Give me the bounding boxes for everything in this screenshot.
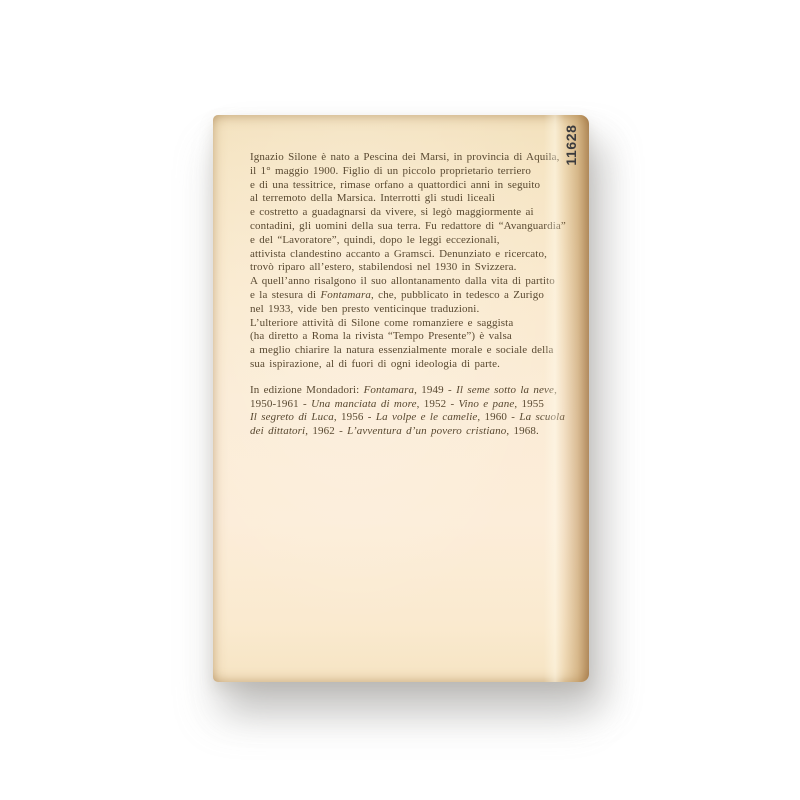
text-segment: L’ulteriore attività di Silone come roma… (250, 317, 513, 329)
text-line: Ignazio Silone è nato a Pescina dei Mars… (250, 151, 583, 165)
text-line: e del “Lavoratore”, quindi, dopo le legg… (250, 234, 583, 248)
text-segment: a meglio chiarire la natura essenzialmen… (250, 344, 554, 356)
text-segment: , 1962 - (305, 425, 347, 437)
text-segment: contadini, gli uomini della sua terra. F… (250, 220, 566, 232)
text-segment: La scuola (519, 411, 565, 423)
text-segment: Vino e pane (459, 398, 515, 410)
text-segment: e la stesura di (250, 289, 320, 301)
text-segment: L’avventura d’un povero cristiano (347, 425, 506, 437)
text-segment: , 1949 - (414, 384, 456, 396)
text-segment: il 1° maggio 1900. Figlio di un piccolo … (250, 165, 531, 177)
text-segment: , (554, 384, 557, 396)
photo-background: 11628 Ignazio Silone è nato a Pescina de… (0, 0, 800, 800)
text-line: Il segreto di Luca, 1956 - La volpe e le… (250, 411, 583, 425)
author-biography-paragraph: Ignazio Silone è nato a Pescina dei Mars… (250, 151, 583, 372)
text-line: L’ulteriore attività di Silone come roma… (250, 317, 583, 331)
text-line: il 1° maggio 1900. Figlio di un piccolo … (250, 165, 583, 179)
text-line: e costretto a guadagnarsi da vivere, si … (250, 206, 583, 220)
text-segment: (ha diretto a Roma la rivista “Tempo Pre… (250, 330, 512, 342)
text-line: sua ispirazione, al di fuori di ogni ide… (250, 358, 583, 372)
back-cover-text: Ignazio Silone è nato a Pescina dei Mars… (250, 151, 583, 439)
text-segment: Fontamara (320, 289, 371, 301)
text-line: contadini, gli uomini della sua terra. F… (250, 220, 583, 234)
text-segment: e costretto a guadagnarsi da vivere, si … (250, 206, 534, 218)
text-line: (ha diretto a Roma la rivista “Tempo Pre… (250, 330, 583, 344)
text-segment: Ignazio Silone è nato a Pescina dei Mars… (250, 151, 560, 163)
text-segment: , 1955 (514, 398, 544, 410)
text-line: nel 1933, vide ben presto venticinque tr… (250, 303, 583, 317)
text-line: a meglio chiarire la natura essenzialmen… (250, 344, 583, 358)
text-segment: nel 1933, vide ben presto venticinque tr… (250, 303, 479, 315)
text-segment: Una manciata di more (311, 398, 417, 410)
text-line: e di una tessitrice, rimase orfano a qua… (250, 179, 583, 193)
text-line: attivista clandestino accanto a Gramsci.… (250, 248, 583, 262)
text-segment: La volpe e le camelie (376, 411, 478, 423)
text-line: 1950-1961 - Una manciata di more, 1952 -… (250, 398, 583, 412)
text-segment: al terremoto della Marsica. Interrotti g… (250, 192, 495, 204)
text-segment: A quell’anno risalgono il suo allontanam… (250, 275, 555, 287)
text-segment: In edizione Mondadori: (250, 384, 364, 396)
text-segment: , che, pubblicato in tedesco a Zurigo (371, 289, 544, 301)
book-back-cover: 11628 Ignazio Silone è nato a Pescina de… (213, 115, 589, 682)
text-segment: , 1960 - (477, 411, 519, 423)
text-segment: e del “Lavoratore”, quindi, dopo le legg… (250, 234, 500, 246)
text-segment: , 1952 - (417, 398, 459, 410)
text-segment: attivista clandestino accanto a Gramsci.… (250, 248, 547, 260)
text-segment: , 1956 - (334, 411, 376, 423)
text-line: In edizione Mondadori: Fontamara, 1949 -… (250, 384, 583, 398)
mondadori-editions-paragraph: In edizione Mondadori: Fontamara, 1949 -… (250, 384, 583, 439)
text-segment: Il seme sotto la neve (456, 384, 554, 396)
text-segment: Il segreto di Luca (250, 411, 334, 423)
text-segment: e di una tessitrice, rimase orfano a qua… (250, 179, 540, 191)
text-line: e la stesura di Fontamara, che, pubblica… (250, 289, 583, 303)
text-line: dei dittatori, 1962 - L’avventura d’un p… (250, 425, 583, 439)
text-segment: 1950-1961 - (250, 398, 311, 410)
text-segment: sua ispirazione, al di fuori di ogni ide… (250, 358, 500, 370)
text-line: trovò riparo all’estero, stabilendosi ne… (250, 261, 583, 275)
inventory-stamp-number: 11628 (562, 117, 580, 173)
text-segment: Fontamara (364, 384, 415, 396)
text-segment: dei dittatori (250, 425, 305, 437)
text-segment: trovò riparo all’estero, stabilendosi ne… (250, 261, 516, 273)
text-line: al terremoto della Marsica. Interrotti g… (250, 192, 583, 206)
text-line: A quell’anno risalgono il suo allontanam… (250, 275, 583, 289)
text-segment: , 1968. (506, 425, 539, 437)
